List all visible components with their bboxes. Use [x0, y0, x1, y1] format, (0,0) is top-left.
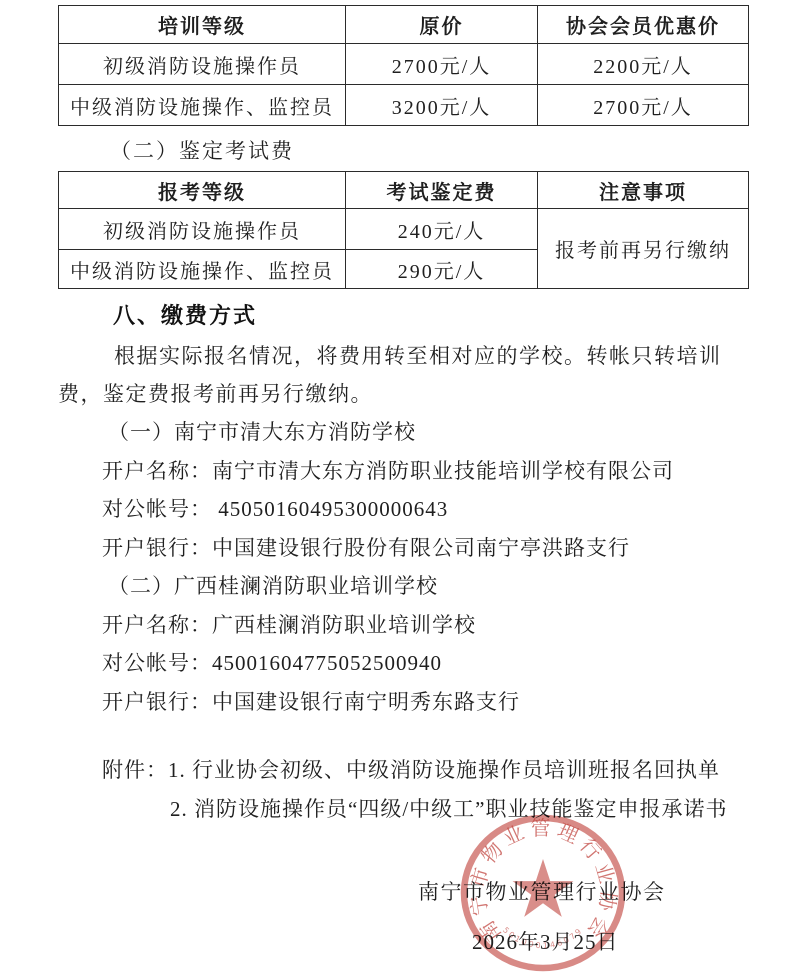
- col-header-training-level: 培训等级: [59, 6, 346, 44]
- signature-organization: 南宁市物业管理行业协会: [418, 876, 666, 906]
- cell-price: 2700元/人: [346, 44, 538, 85]
- exam-fee-table: 报考等级 考试鉴定费 注意事项 初级消防设施操作员 240元/人 报考前再另行缴…: [58, 171, 749, 289]
- attachment-line-1: 附件：1. 行业协会初级、中级消防设施操作员培训班报名回执单: [102, 751, 748, 790]
- table-row: 初级消防设施操作员 240元/人 报考前再另行缴纳: [59, 209, 749, 250]
- cell-level: 中级消防设施操作、监控员: [59, 85, 346, 126]
- payment-method-heading: 八、缴费方式: [113, 302, 748, 329]
- col-header-exam-fee: 考试鉴定费: [346, 172, 538, 209]
- school-2-bank: 开户银行：中国建设银行南宁明秀东路支行: [102, 683, 748, 722]
- training-fee-table: 培训等级 原价 协会会员优惠价 初级消防设施操作员 2700元/人 2200元/…: [58, 5, 749, 126]
- school-1-bank: 开户银行：中国建设银行股份有限公司南宁亭洪路支行: [102, 529, 748, 568]
- cell-level: 初级消防设施操作员: [59, 209, 346, 250]
- signature-date: 2026年3月25日: [472, 926, 619, 956]
- table-header-row: 报考等级 考试鉴定费 注意事项: [59, 172, 749, 209]
- exam-fee-heading: （二）鉴定考试费: [110, 138, 748, 165]
- col-header-member-price: 协会会员优惠价: [538, 6, 749, 44]
- cell-merged-note: 报考前再另行缴纳: [538, 209, 749, 289]
- col-header-original-price: 原价: [346, 6, 538, 44]
- cell-fee: 290元/人: [346, 250, 538, 289]
- school-2-heading: （二）广西桂澜消防职业培训学校: [108, 567, 748, 606]
- school-1-account-name: 开户名称：南宁市清大东方消防职业技能培训学校有限公司: [102, 452, 748, 491]
- cell-fee: 240元/人: [346, 209, 538, 250]
- cell-member-price: 2200元/人: [538, 44, 749, 85]
- school-1-heading: （一）南宁市清大东方消防学校: [108, 413, 748, 452]
- col-header-notes: 注意事项: [538, 172, 749, 209]
- attachments-block: 附件：1. 行业协会初级、中级消防设施操作员培训班报名回执单 2. 消防设施操作…: [58, 751, 748, 828]
- cell-price: 3200元/人: [346, 85, 538, 126]
- school-2-account-name: 开户名称：广西桂澜消防职业培训学校: [102, 606, 748, 645]
- table-row: 初级消防设施操作员 2700元/人 2200元/人: [59, 44, 749, 85]
- document-page: 培训等级 原价 协会会员优惠价 初级消防设施操作员 2700元/人 2200元/…: [0, 0, 805, 979]
- school-1-account-number: 对公帐号： 45050160495300000643: [102, 490, 748, 529]
- table-header-row: 培训等级 原价 协会会员优惠价: [59, 6, 749, 44]
- col-header-exam-level: 报考等级: [59, 172, 346, 209]
- document-content: 培训等级 原价 协会会员优惠价 初级消防设施操作员 2700元/人 2200元/…: [58, 5, 748, 828]
- payment-paragraph: 根据实际报名情况，将费用转至相对应的学校。转帐只转培训费，鉴定费报考前再另行缴纳…: [58, 337, 748, 413]
- cell-member-price: 2700元/人: [538, 85, 749, 126]
- school-2-account-number: 对公帐号：45001604775052500940: [102, 644, 748, 683]
- table-row: 中级消防设施操作、监控员 3200元/人 2700元/人: [59, 85, 749, 126]
- attachment-line-2: 2. 消防设施操作员“四级/中级工”职业技能鉴定申报承诺书: [170, 790, 748, 829]
- cell-level: 中级消防设施操作、监控员: [59, 250, 346, 289]
- cell-level: 初级消防设施操作员: [59, 44, 346, 85]
